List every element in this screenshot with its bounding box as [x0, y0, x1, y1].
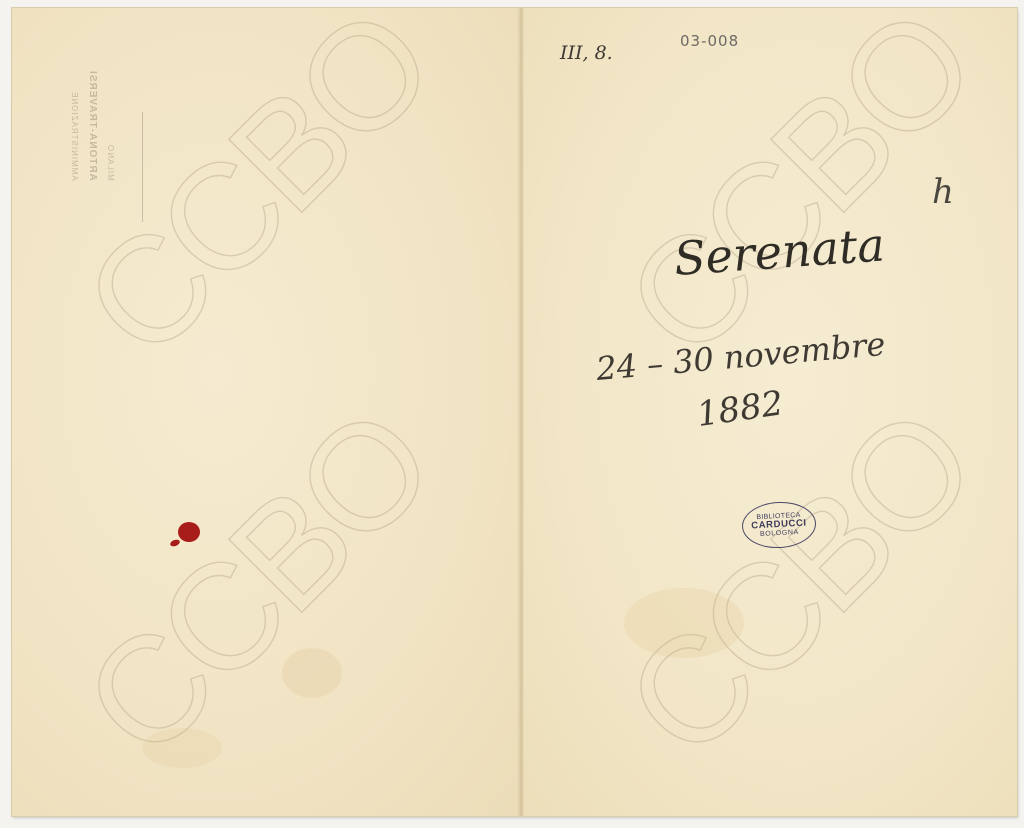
- red-wax-stain: [178, 522, 200, 542]
- inventory-number: 03-008: [680, 32, 739, 50]
- watermark-bottom-right: CCBO: [593, 379, 1005, 791]
- letterhead-rule: [142, 112, 143, 222]
- letterhead-line-2: ARTONA-TRAVERSI: [87, 70, 98, 181]
- left-page: CCBO CCBO AMMINISTRAZIONE ARTONA-TRAVERS…: [12, 8, 522, 816]
- watermark-top-left: CCBO: [51, 8, 463, 390]
- red-wax-drip: [169, 538, 180, 547]
- letterhead-line-1: AMMINISTRAZIONE: [70, 70, 79, 181]
- manuscript-sheet: CCBO CCBO AMMINISTRAZIONE ARTONA-TRAVERS…: [12, 8, 1017, 816]
- foxing-spot: [282, 648, 342, 698]
- foxing-spot: [142, 728, 222, 768]
- watermark-bottom-left: CCBO: [51, 379, 463, 791]
- letterhead: AMMINISTRAZIONE ARTONA-TRAVERSI MILANO: [70, 70, 115, 181]
- foxing-spot: [624, 588, 744, 658]
- stamp-line-3: BOLOGNA: [760, 529, 799, 538]
- letterhead-line-3: MILANO: [106, 70, 115, 181]
- corner-mark: h: [932, 172, 954, 212]
- shelfmark: III, 8.: [560, 42, 613, 64]
